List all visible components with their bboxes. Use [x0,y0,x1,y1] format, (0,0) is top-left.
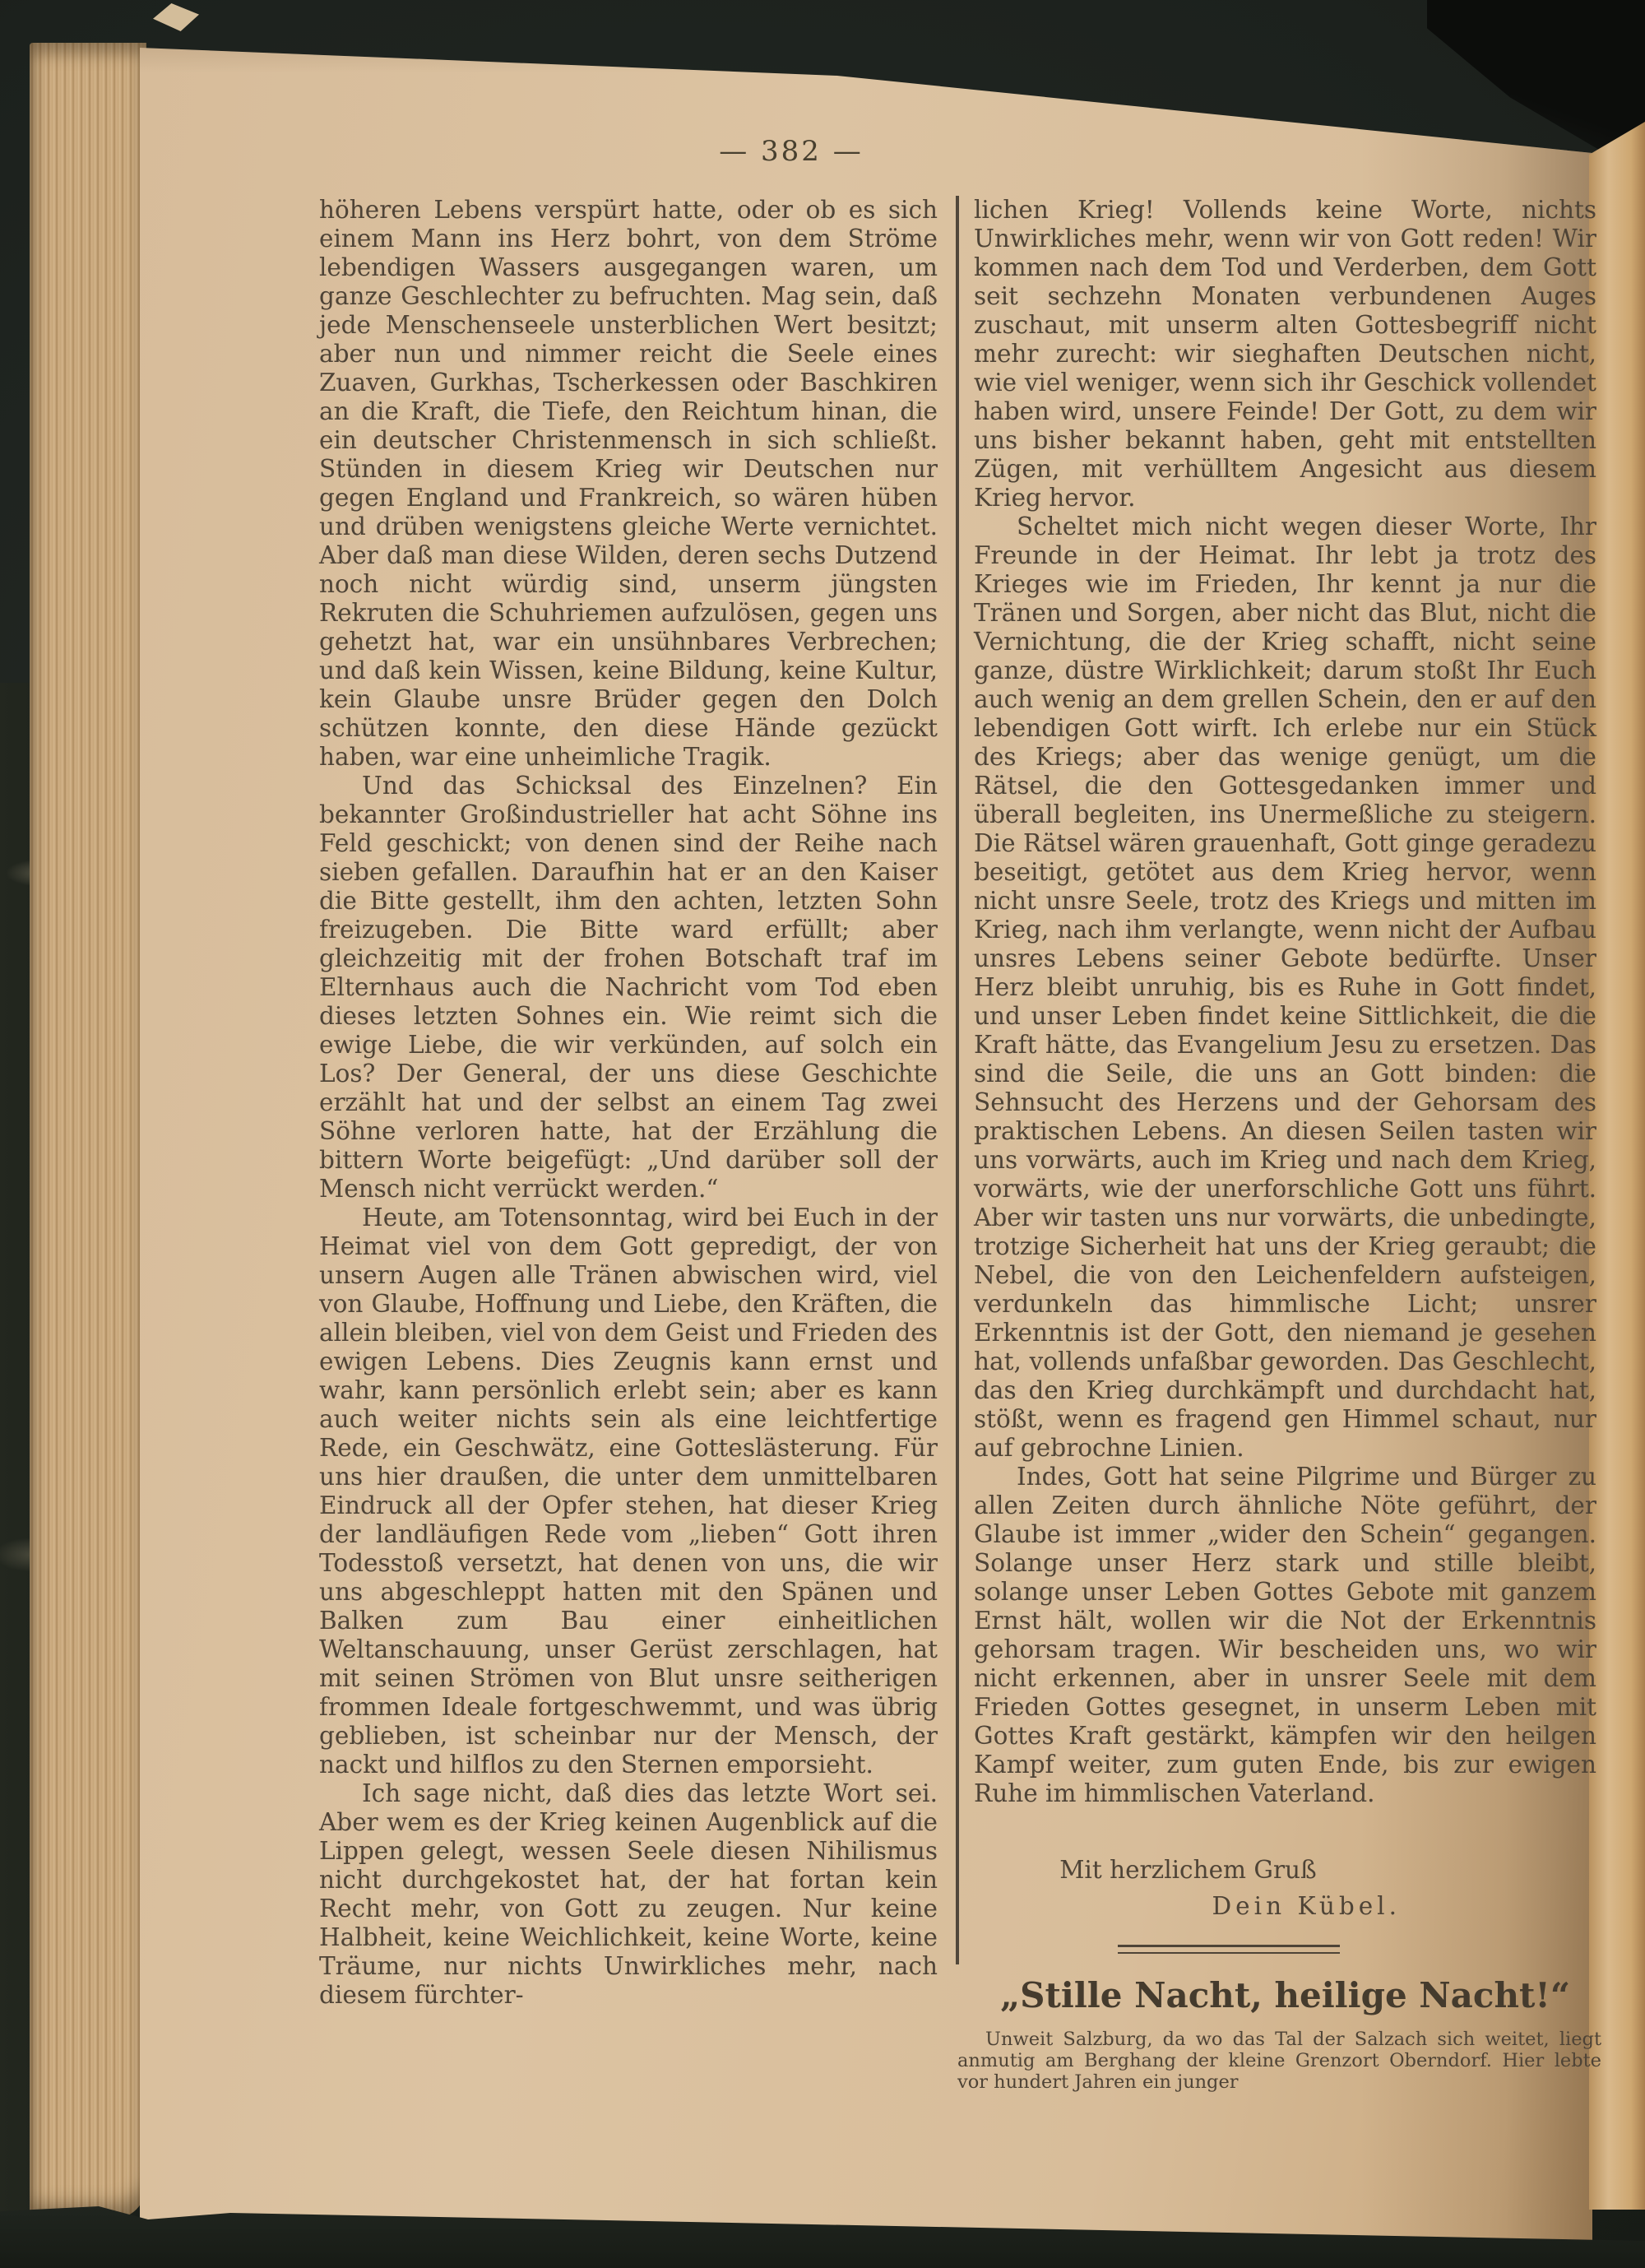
paragraph: Und das Schicksal des Einzelnen? Ein bek… [319,772,938,1204]
column-divider-rule [956,196,959,1964]
page-stack-edge [30,43,146,2219]
section-divider-rule [1118,1945,1340,1954]
paragraph: höheren Lebens verspürt hatte, oder ob e… [319,196,938,772]
paragraph: Heute, am Totensonntag, wird bei Euch in… [319,1204,938,1779]
right-column: lichen Krieg! Vollends keine Worte, nich… [974,196,1596,2093]
page-number: — 382 — [627,135,956,168]
left-column: höheren Lebens verspürt hatte, oder ob e… [319,196,938,2010]
paragraph: lichen Krieg! Vollends keine Worte, nich… [974,196,1596,513]
fore-edge-pages [1589,122,1645,2210]
paragraph: Scheltet mich nicht wegen dieser Worte, … [974,513,1596,1463]
paragraph: Ich sage nicht, daß dies das letzte Wort… [319,1779,938,2010]
article-intro-paragraph: Unweit Salzburg, da wo das Tal der Salza… [957,2029,1601,2093]
text-columns: höheren Lebens verspürt hatte, oder ob e… [319,196,1596,2093]
book-scan: — 382 — höheren Lebens verspürt hatte, o… [0,0,1645,2268]
torn-paper-scrap [153,3,199,31]
paragraph: Indes, Gott hat seine Pilgrime und Bürge… [974,1463,1596,1808]
letter-closing: Mit herzlichem Gruß [974,1856,1402,1884]
letter-signature: Dein Kübel. [974,1892,1401,1920]
article-title: „Stille Nacht, heilige Nacht!“ [974,1975,1596,2015]
